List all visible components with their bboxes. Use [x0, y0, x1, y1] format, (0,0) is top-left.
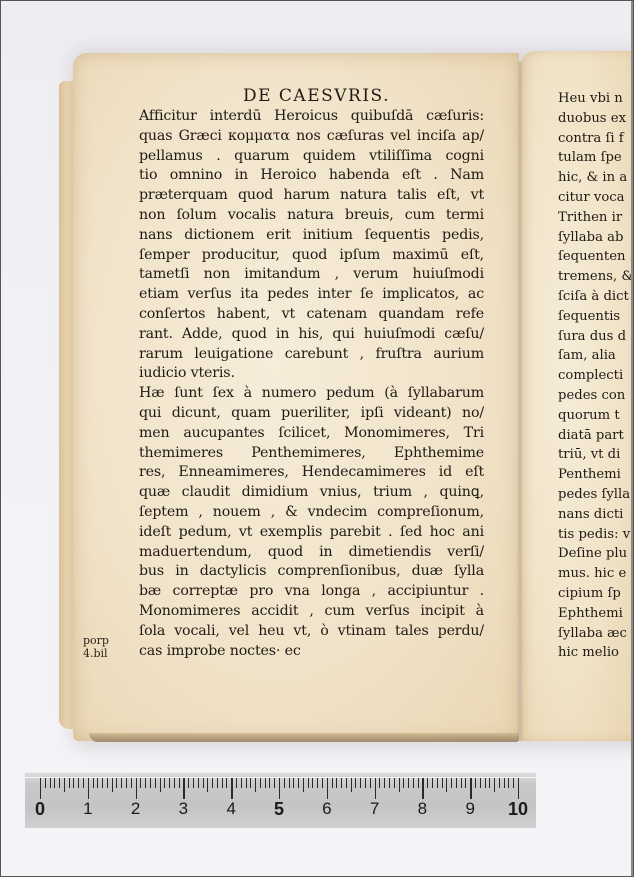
ruler-tick — [303, 778, 304, 792]
text-line: tremens, & — [558, 267, 633, 287]
ruler-tick — [102, 778, 103, 788]
ruler-tick — [489, 778, 490, 788]
text-line: res, Enneamimeres, Hendecamimeres id eſt — [139, 463, 484, 483]
ruler-tick — [50, 778, 51, 788]
text-line: pedes ſylla — [558, 485, 633, 505]
ruler-tick — [78, 778, 79, 788]
ruler-tick — [93, 778, 94, 788]
ruler-tick — [107, 778, 108, 788]
ruler-tick — [231, 778, 232, 799]
ruler-tick — [308, 778, 309, 788]
text-line: qui dicunt, quam pueriliter, ipſi videan… — [139, 404, 484, 424]
ruler-tick — [422, 778, 423, 799]
ruler-tick — [45, 778, 46, 788]
text-line: mus. hic e — [558, 564, 633, 584]
text-line: Monomimeres accidit , cum verſus incipit… — [139, 602, 484, 622]
right-page-text: Heu vbi nduobus excontra ſi ftulam ſpehi… — [558, 81, 633, 681]
running-head: DE CAESVRIS. — [139, 85, 484, 107]
text-line: contra ſi f — [558, 129, 633, 149]
text-line: hic melio — [558, 643, 633, 663]
ruler-tick — [360, 778, 361, 788]
ruler-tick — [465, 778, 466, 788]
ruler-tick — [437, 778, 438, 788]
text-line: Heu vbi n — [558, 89, 633, 109]
text-line: iudicio vteris. — [139, 364, 484, 384]
text-line: nans dictionem erit initium ſequentis pe… — [139, 226, 484, 246]
ruler-tick — [126, 778, 127, 788]
ruler-label: 4 — [226, 799, 235, 819]
ruler-tick — [485, 778, 486, 788]
ruler-label: 8 — [418, 799, 427, 819]
text-line: triū, vt di — [558, 445, 633, 465]
ruler-tick — [260, 778, 261, 788]
ruler-tick — [69, 778, 70, 788]
left-page-text: DE CAESVRIS. Afficitur interdū Heroicus … — [139, 85, 484, 661]
ruler-tick — [456, 778, 457, 788]
text-line: maduertendum, quod in dimetiendis verſi/ — [139, 543, 484, 563]
text-line: ſemper producitur, quod ipſum maximū eſt… — [139, 246, 484, 266]
text-line: Deſine plu — [558, 544, 633, 564]
text-line: ſam, alia — [558, 346, 633, 366]
text-line: tio omnino in Heroico habenda eſt . Nam — [139, 166, 484, 186]
ruler-tick — [83, 778, 84, 788]
ruler-tick — [370, 778, 371, 788]
text-line: pedes con — [558, 386, 633, 406]
ruler-tick — [269, 778, 270, 788]
text-line: Afficitur interdū Heroicus quibuſdā cæſu… — [139, 107, 484, 127]
ruler-tick — [432, 778, 433, 788]
ruler-tick — [217, 778, 218, 788]
ruler-tick — [207, 778, 208, 792]
text-line: pellamus . quarum quidem vtiliſſima cogn… — [139, 147, 484, 167]
text-line: Ephthemi — [558, 604, 633, 624]
ruler-label: 3 — [179, 799, 188, 819]
ruler-tick — [394, 778, 395, 788]
page-bottom-edge — [89, 733, 519, 742]
ruler-tick — [341, 778, 342, 788]
marginal-note-line: porp — [83, 634, 109, 647]
text-line: Penthemi — [558, 465, 633, 485]
ruler-tick — [298, 778, 299, 788]
text-line: ſequentis — [558, 307, 633, 327]
ruler-tick — [389, 778, 390, 788]
ruler-tick — [155, 778, 156, 788]
text-line: bæ correptæ pro vna longa , accipiuntur … — [139, 582, 484, 602]
text-line: Trithen ir — [558, 208, 633, 228]
ruler-tick — [112, 778, 113, 792]
ruler-tick — [164, 778, 165, 788]
ruler-tick — [174, 778, 175, 788]
ruler-tick — [413, 778, 414, 788]
ruler-tick — [499, 778, 500, 788]
text-line: ſyllaba ab — [558, 228, 633, 248]
ruler-label: 0 — [35, 799, 45, 820]
text-line: tametſi non imitandum , verum huiuſmodi — [139, 265, 484, 285]
ruler-tick — [442, 778, 443, 788]
ruler-tick — [212, 778, 213, 788]
ruler-label: 10 — [508, 799, 528, 820]
ruler-tick — [246, 778, 247, 788]
ruler-tick — [418, 778, 419, 788]
text-line: men aucupantes ſcilicet, Monomimeres, Tr… — [139, 424, 484, 444]
text-line: ſeptem , nouem , & vndecim compreſionum, — [139, 503, 484, 523]
ruler-tick — [379, 778, 380, 788]
ruler-tick — [121, 778, 122, 788]
ruler-tick — [408, 778, 409, 788]
ruler-tick — [312, 778, 313, 788]
text-line: complecti — [558, 366, 633, 386]
text-line: etiam verſus ita pedes inter ſe implicat… — [139, 285, 484, 305]
ruler-tick — [355, 778, 356, 788]
ruler-tick — [222, 778, 223, 788]
ruler-tick — [336, 778, 337, 788]
text-line: non ſolum vocalis natura breuis, cum ter… — [139, 206, 484, 226]
ruler-tick — [346, 778, 347, 788]
text-line: tulam ſpe — [558, 148, 633, 168]
text-line: ſola vocali, vel heu vt, ò vtinam tales … — [139, 622, 484, 642]
ruler-tick — [88, 778, 89, 799]
book-gutter — [517, 61, 523, 741]
ruler-tick — [193, 778, 194, 788]
text-line: Hæ ſunt ſex à numero pedum (à ſyllabarum — [139, 384, 484, 404]
text-line: tis pedis: v — [558, 525, 633, 545]
ruler-tick — [332, 778, 333, 788]
ruler-tick — [284, 778, 285, 788]
image-right-border — [631, 1, 633, 876]
ruler-tick — [403, 778, 404, 788]
ruler-tick — [274, 778, 275, 788]
text-line: duobus ex — [558, 109, 633, 129]
left-page-lines: Afficitur interdū Heroicus quibuſdā cæſu… — [139, 107, 484, 661]
ruler-tick — [160, 778, 161, 792]
ruler-tick — [265, 778, 266, 788]
text-line: ſequenten — [558, 247, 633, 267]
ruler-tick — [236, 778, 237, 788]
text-line: hic, & in a — [558, 168, 633, 188]
ruler-tick — [475, 778, 476, 788]
photo-frame: DE CAESVRIS. Afficitur interdū Heroicus … — [0, 0, 634, 877]
ruler-tick — [183, 778, 184, 799]
text-line: ſyllaba æc — [558, 624, 633, 644]
ruler-tick — [293, 778, 294, 788]
ruler-tick — [384, 778, 385, 788]
ruler-tick — [73, 778, 74, 788]
ruler-tick — [64, 778, 65, 792]
ruler-tick — [116, 778, 117, 788]
text-line: ſciſa à dict — [558, 287, 633, 307]
right-page-lines: Heu vbi nduobus excontra ſi ftulam ſpehi… — [558, 89, 633, 663]
text-line: ideſt pedum, vt exemplis parebit . ſed h… — [139, 523, 484, 543]
ruler-tick — [427, 778, 428, 788]
ruler-label: 7 — [370, 799, 379, 819]
ruler-tick — [494, 778, 495, 792]
marginal-note-line: 4.bil — [83, 647, 109, 660]
ruler-tick — [327, 778, 328, 799]
ruler-tick — [351, 778, 352, 792]
ruler-tick — [179, 778, 180, 788]
marginal-note: porp 4.bil — [83, 634, 109, 660]
scale-ruler: 012345678910 — [25, 772, 536, 828]
ruler-tick — [145, 778, 146, 788]
text-line: rant. Adde, quod in his, qui huiuſmodi c… — [139, 325, 484, 345]
text-line: cas improbe noctes· ec — [139, 642, 484, 662]
ruler-label: 1 — [83, 799, 92, 819]
ruler-tick — [317, 778, 318, 788]
ruler-tick — [136, 778, 137, 799]
ruler-tick — [198, 778, 199, 788]
ruler-tick — [241, 778, 242, 788]
ruler-label: 2 — [131, 799, 140, 819]
ruler-tick — [40, 778, 41, 799]
ruler-tick — [375, 778, 376, 799]
ruler-tick — [250, 778, 251, 788]
ruler-tick — [188, 778, 189, 788]
ruler-tick — [461, 778, 462, 788]
text-line: nans dicti — [558, 505, 633, 525]
ruler-tick — [59, 778, 60, 788]
ruler-label: 5 — [274, 799, 284, 820]
text-line: themimeres Penthemimeres, Ephthemime — [139, 444, 484, 464]
ruler-tick — [131, 778, 132, 788]
ruler-tick — [446, 778, 447, 792]
ruler-tick — [226, 778, 227, 788]
text-line: diatā part — [558, 426, 633, 446]
ruler-tick — [97, 778, 98, 788]
text-line: prӕterquam quod harum natura talis eſt, … — [139, 186, 484, 206]
text-line: quæ claudit dimidium vnius, trium , quin… — [139, 483, 484, 503]
text-line: bus in dactylicis comprenſionibus, duæ ſ… — [139, 562, 484, 582]
ruler-tick — [279, 778, 280, 799]
ruler-tick — [203, 778, 204, 788]
ruler-tick — [255, 778, 256, 792]
ruler-tick — [150, 778, 151, 788]
ruler-label: 6 — [322, 799, 331, 819]
text-line: rarum leuigatione carebunt , fruſtra aur… — [139, 345, 484, 365]
ruler-tick — [322, 778, 323, 788]
text-line: cipium ſp — [558, 584, 633, 604]
ruler-tick — [504, 778, 505, 788]
ruler-tick — [513, 778, 514, 788]
ruler-tick — [140, 778, 141, 788]
ruler-tick — [470, 778, 471, 799]
ruler-tick — [480, 778, 481, 788]
ruler-tick — [289, 778, 290, 788]
ruler-tick — [451, 778, 452, 788]
ruler-label: 9 — [465, 799, 474, 819]
text-line: citur voca — [558, 188, 633, 208]
text-line: quorum t — [558, 406, 633, 426]
text-line: ſura dus d — [558, 327, 633, 347]
ruler-tick — [169, 778, 170, 788]
text-line: conſertos habent, vt catenam quandam ref… — [139, 305, 484, 325]
ruler-tick — [365, 778, 366, 788]
ruler-tick — [54, 778, 55, 788]
ruler-tick — [518, 778, 519, 799]
text-line: quas Græci κομματα nos cæſuras vel inciſ… — [139, 127, 484, 147]
ruler-tick — [508, 778, 509, 788]
ruler-tick — [399, 778, 400, 792]
